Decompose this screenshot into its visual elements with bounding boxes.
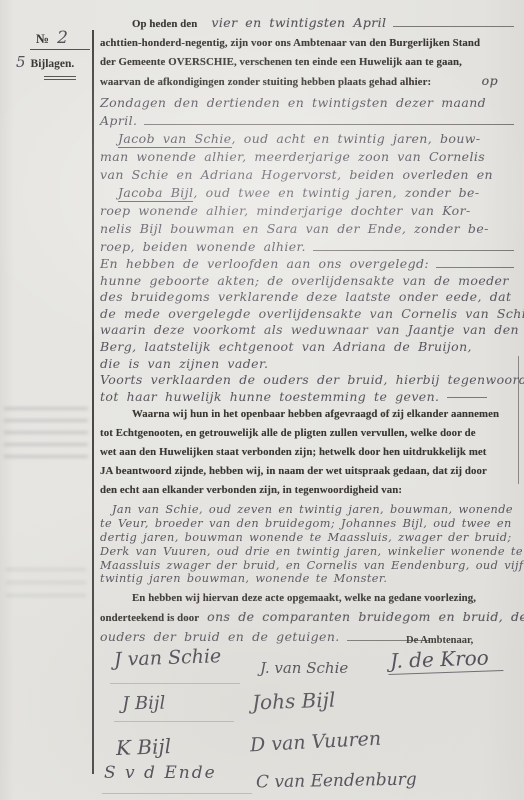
handwritten-date: vier en twintigsten April (211, 14, 386, 32)
signature-witness: D van Vuuren (250, 728, 382, 757)
handwritten-line: roep wonende alhier, minderjarige dochte… (100, 202, 516, 220)
signature-rule (110, 683, 240, 684)
attachments-count: 5 (16, 53, 26, 71)
handwritten-line: die is van zijnen vader. (100, 356, 516, 373)
handwritten-line: de mede overgelegde overlijdensakte van … (100, 306, 516, 323)
signature-bride-father: K Bijl (116, 734, 172, 760)
printed-line: onderteekend is door ons de comparanten … (100, 608, 516, 628)
rule-fill (144, 124, 514, 125)
handwritten-line: Jacoba Bijl, oud twee en twintig jaren, … (100, 184, 516, 202)
handwritten-line: twintig jaren bouwman, wonende te Monste… (100, 572, 516, 586)
attachments-label: Bijlagen. (31, 58, 75, 70)
rule-fill (393, 26, 514, 27)
margin-rule (30, 49, 90, 50)
handwritten-line: Voorts verklaarden de ouders der bruid, … (100, 372, 516, 389)
printed-line: tot Echtgenooten, en getrouwelijk alle d… (100, 424, 516, 443)
handwritten-text: , oud acht en twintig jaren, bouw- (232, 131, 481, 146)
handwritten-line: Berg, laatstelijk echtgenoot van Adriana… (100, 339, 516, 356)
attachments-row: 5Bijlagen. (14, 53, 90, 72)
printed-line: Op heden den vier en twintigsten April (100, 14, 516, 34)
handwritten-line: tot haar huwelijk hunne toestemming te g… (100, 389, 516, 406)
handwritten-text: tot haar huwelijk hunne toestemming te g… (100, 389, 439, 404)
handwritten-text: ons de comparanten bruidegom en bruid, d… (207, 608, 524, 626)
bride-name: Jacoba Bijl (118, 185, 193, 202)
printed-line: der Gemeente OVERSCHIE, verschenen ten e… (100, 53, 516, 72)
handwritten-line: van Schie en Adriana Hogervorst, beiden … (100, 166, 516, 184)
handwritten-word: op (482, 72, 498, 90)
numero-sign: № (36, 31, 49, 46)
printed-line: den echt aan elkander verbonden zijn, in… (100, 481, 516, 500)
signature-bride-mother: S v d Ende (104, 763, 217, 783)
handwritten-line: man wonende alhier, meerderjarige zoon v… (100, 148, 516, 166)
handwritten-line: Jan van Schie, oud zeven en twintig jare… (100, 503, 516, 517)
handwritten-line: waarin deze voorkomt als weduwnaar van J… (100, 322, 516, 339)
signature-groom: J van Schie (114, 645, 222, 671)
handwritten-line: Zondagen den dertienden en twintigsten d… (100, 94, 516, 112)
handwritten-line: te Veur, broeder van den bruidegom; Joha… (100, 517, 516, 531)
rule-fill (436, 267, 514, 268)
printed-line: wet aan den Huwelijken staat verbonden z… (100, 443, 516, 462)
handwritten-text: ouders der bruid en de getuigen. (100, 628, 340, 646)
handwritten-line: Maassluis zwager der bruid, en Cornelis … (100, 559, 516, 573)
margin-block: №2 5Bijlagen. (14, 28, 90, 80)
handwritten-text: April. (100, 112, 137, 130)
signature-rule (114, 721, 234, 722)
printed-line: achttien-honderd-negentig, zijn voor ons… (100, 34, 516, 53)
act-number-value: 2 (57, 28, 68, 48)
printed-line: En hebben wij hiervan deze acte opgemaak… (100, 589, 516, 608)
handwritten-line: roep, beiden wonende alhier. (100, 238, 516, 256)
handwritten-line: Jacob van Schie, oud acht en twintig jar… (100, 130, 516, 148)
handwritten-line: hunne geboorte akten; de overlijdensakte… (100, 273, 516, 290)
handwritten-line: April. (100, 112, 516, 130)
printed-text: waarvan de afkondigingen zonder stuiting… (100, 73, 431, 92)
scanned-marriage-record: №2 5Bijlagen. Op heden den vier en twint… (0, 0, 524, 800)
officer-title: De Ambtenaar, (406, 635, 473, 646)
rule-dash (447, 397, 487, 398)
margin-divider-line (92, 30, 94, 774)
ink-bleedthrough-smudge (4, 398, 88, 464)
handwritten-text: roep, beiden wonende alhier. (100, 238, 306, 256)
handwritten-line: nelis Bijl bouwman en Sara van der Ende,… (100, 220, 516, 238)
officer-signature: J. de Kroo (388, 645, 504, 675)
signature-witness: C van Eendenburg (256, 770, 417, 793)
act-number-row: №2 (14, 28, 90, 48)
signatures-section: De Ambtenaar, J. de Kroo J van Schie J B… (100, 645, 520, 800)
document-body: Op heden den vier en twintigsten April a… (100, 14, 516, 646)
printed-line: waarvan de afkondigingen zonder stuiting… (100, 72, 516, 92)
signature-witness: Johs Bijl (252, 688, 336, 715)
ink-bleedthrough-smudge (6, 558, 86, 604)
handwritten-line: des bruidegoms verklarende deze laatste … (100, 289, 516, 306)
handwritten-line: En hebben de verloofden aan ons overgele… (100, 256, 516, 273)
handwritten-line: dertig jaren, bouwman wonende te Maasslu… (100, 531, 516, 545)
handwritten-line: Derk van Vuuren, oud drie en twintig jar… (100, 545, 516, 559)
signature-witness: J. van Schie (260, 659, 348, 677)
margin-double-rule (44, 76, 76, 80)
printed-line: JA beantwoord zijnde, hebben wij, in naa… (100, 462, 516, 481)
signature-rule (102, 793, 252, 794)
handwritten-text: , oud twee en twintig jaren, zonder be- (193, 185, 479, 200)
printed-text: Op heden den (132, 15, 197, 34)
handwritten-text: En hebben de verloofden aan ons overgele… (100, 256, 429, 273)
groom-name: Jacob van Schie (118, 131, 232, 148)
printed-line: Waarna wij hun in het openbaar hebben af… (100, 405, 516, 424)
printed-text: onderteekend is door (100, 609, 199, 628)
rule-fill (313, 250, 514, 251)
submitted-documents-section: En hebben de verloofden aan ons overgele… (100, 256, 516, 405)
signature-bride: J Bijl (122, 693, 166, 715)
